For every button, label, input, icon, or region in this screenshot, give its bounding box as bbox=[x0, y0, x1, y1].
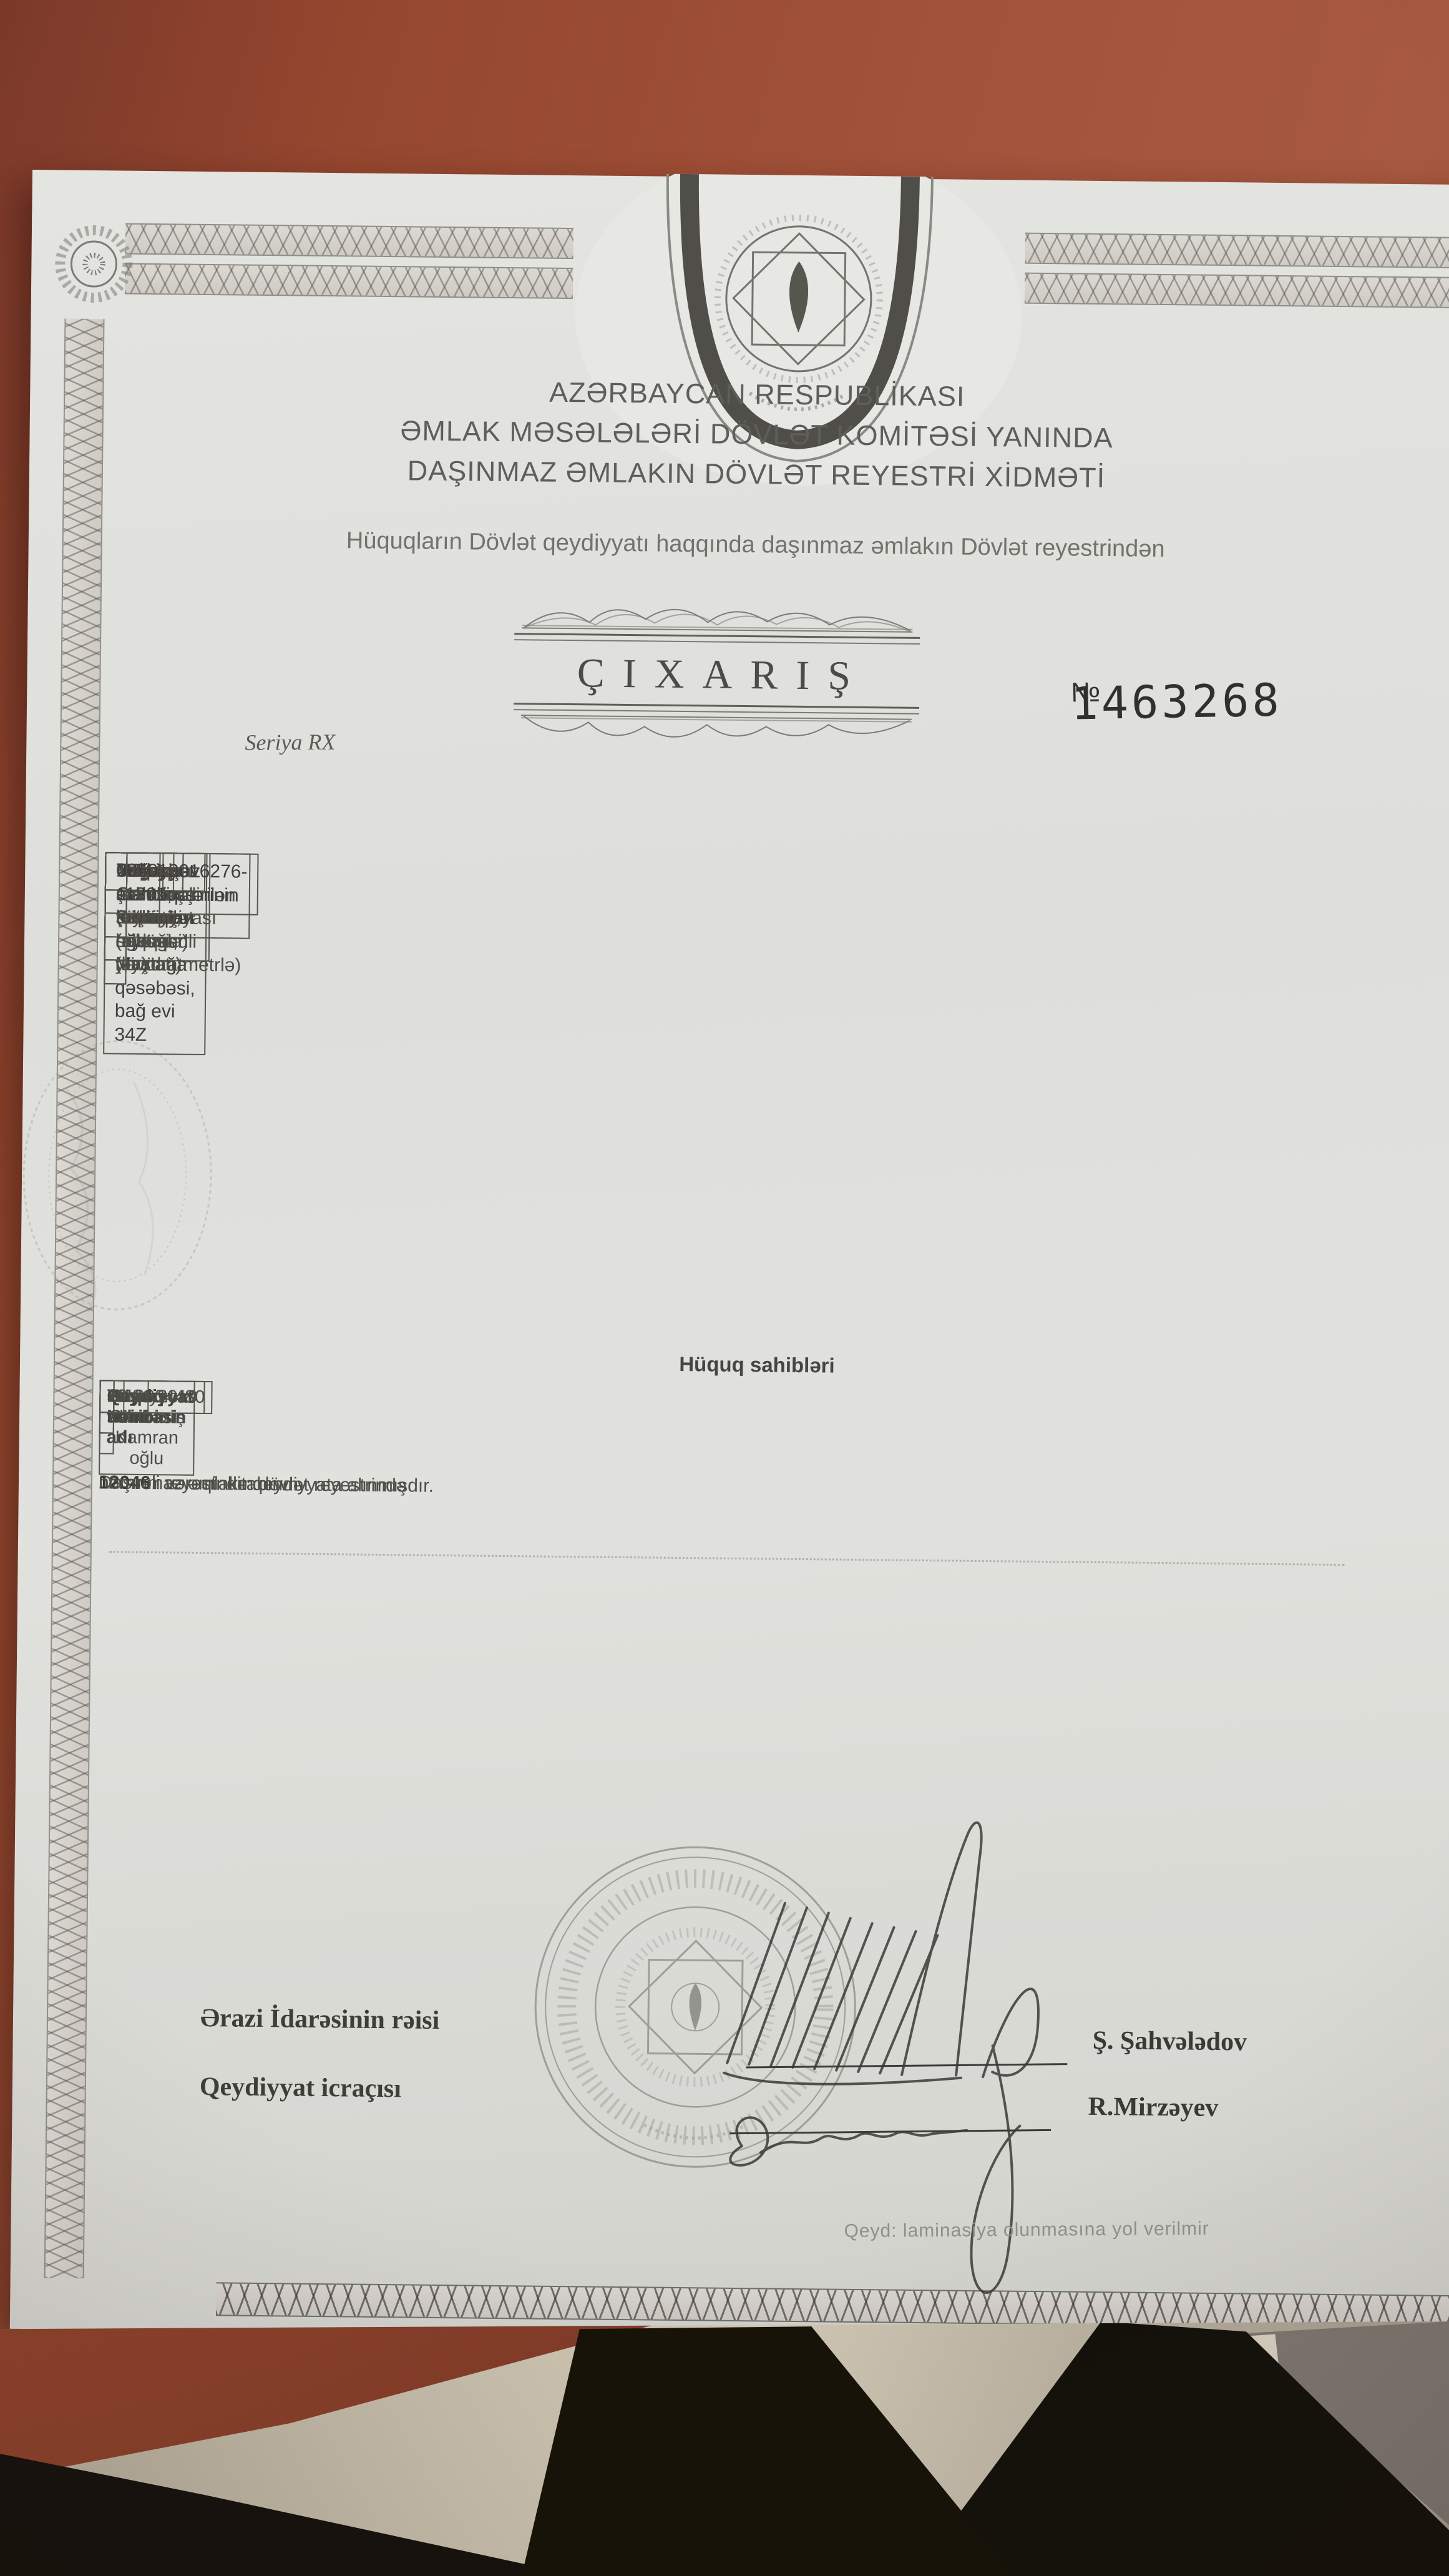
guilloche-wave-ornament-bottom bbox=[513, 713, 919, 753]
guilloche-top-band-left-lower bbox=[125, 263, 573, 300]
guilloche-top-band-right-upper bbox=[1025, 233, 1449, 269]
owners-table-title: Hüquq sahibləri bbox=[100, 1346, 1414, 1383]
owners-table: Sıra № Hüquq sahibinin adı Payı Qeydiyya… bbox=[100, 1380, 1414, 1393]
note-part3: nömrəli vərəqində qeydiyyata alınmışdır. bbox=[99, 1468, 434, 1500]
title-rule-bottom bbox=[514, 703, 919, 715]
guilloche-top-band-left-upper bbox=[125, 223, 573, 260]
document-title: ÇIXARIŞ bbox=[514, 643, 920, 705]
document-subtitle: Hüquqların Dövlət qeydiyyatı haqqında da… bbox=[29, 524, 1449, 566]
embossed-seal-icon bbox=[0, 1012, 266, 1339]
guilloche-top-band-right-lower bbox=[1025, 273, 1449, 309]
signer-role-1: Ərazi İdarəsinin rəisi bbox=[200, 2003, 440, 2036]
registration-note: Daşınmaz əmlakın dövlət reyestrində 120 … bbox=[99, 1468, 1413, 1482]
series-label: Seriya RX bbox=[245, 729, 335, 756]
photo-background-floor bbox=[0, 2321, 1449, 2576]
corner-rosette-icon bbox=[50, 220, 138, 308]
document-title-block: ÇIXARIŞ bbox=[513, 594, 920, 753]
dotted-rule bbox=[109, 1551, 1345, 1566]
number-digits: 1463268 bbox=[1071, 674, 1283, 730]
signer-role-2: Qeydiyyat icraçısı bbox=[200, 2072, 402, 2104]
title-rule-top bbox=[514, 633, 920, 645]
detail-value: 005013016276-11301 bbox=[105, 852, 259, 915]
handwritten-signatures bbox=[665, 1774, 1139, 2341]
guilloche-wave-ornament-top bbox=[514, 594, 920, 635]
lamination-footnote: Qeyd: laminasiya olunmasına yol verilmir bbox=[844, 2218, 1209, 2242]
photo-of-document: { "header": { "line1": "AZƏRBAYCAN RESPU… bbox=[0, 0, 1449, 2576]
certificate-document: AZƏRBAYCAN RESPUBLİKASI ƏMLAK MƏSƏLƏLƏRİ… bbox=[10, 170, 1449, 2344]
property-details-table: Hüququ rəsmiləşdirilən şəxsHüseynov Canb… bbox=[105, 852, 1420, 866]
owner-date: 28.01.2019 bbox=[99, 1380, 205, 1414]
